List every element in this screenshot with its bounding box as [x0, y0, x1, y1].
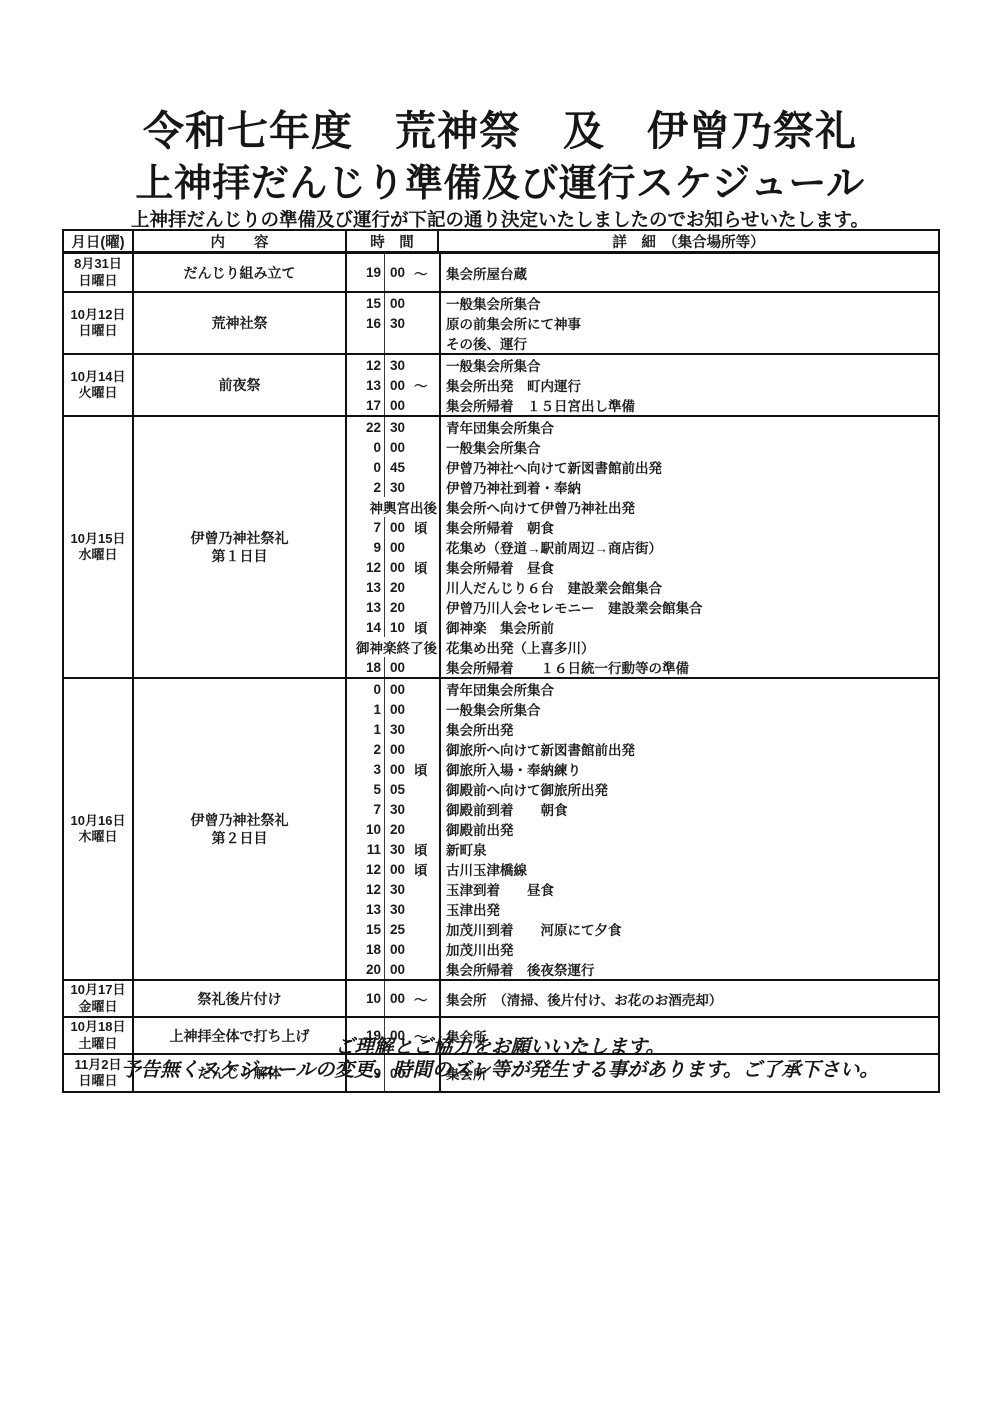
detail-cell: 一般集会所集合 — [439, 699, 938, 719]
table-header-row: 月日(曜) 内 容 時 間 詳 細 （集合場所等） — [64, 231, 938, 254]
detail-cell: 集会所出発 — [439, 719, 938, 739]
minute-value: 30 — [390, 480, 405, 495]
minute-value: 00 — [390, 862, 405, 877]
time-label-cell: 御神楽終了後 — [347, 637, 439, 657]
hour-cell: 3 — [347, 759, 385, 779]
events-cell: 1000～集会所 （清掃、後片付け、お花のお酒売却） — [347, 981, 938, 1016]
document-subtitle: 上神拝だんじり準備及び運行スケジュール — [0, 152, 1000, 207]
minute-cell: 30 — [385, 477, 439, 497]
hour-cell: 14 — [347, 617, 385, 637]
event-line: 045伊曾乃神社へ向けて新図書館前出発 — [347, 457, 938, 477]
minute-value: 00 — [390, 702, 405, 717]
detail-cell: 集会所帰着 後夜祭運行 — [439, 959, 938, 979]
minute-value: 30 — [390, 420, 405, 435]
hour-cell: 12 — [347, 355, 385, 375]
hour-cell: 10 — [347, 981, 385, 1016]
event-line: 1300～集会所出発 町内運行 — [347, 375, 938, 395]
hour-cell: 13 — [347, 375, 385, 395]
event-line: 1000～集会所 （清掃、後片付け、お花のお酒売却） — [347, 981, 938, 1016]
minute-cell: 00 — [385, 293, 439, 313]
header-detail: 詳 細 （集合場所等） — [439, 231, 938, 251]
content-line: だんじり組み立て — [184, 264, 296, 282]
hour-cell: 0 — [347, 437, 385, 457]
content-line: 祭礼後片付け — [198, 990, 282, 1008]
minute-cell: 10頃 — [385, 617, 439, 637]
event-line: 1410頃御神楽 集会所前 — [347, 617, 938, 637]
minute-value: 20 — [390, 822, 405, 837]
content-line: 第１日目 — [212, 547, 268, 565]
date-line: 火曜日 — [78, 385, 117, 402]
date-line: 10月14日 — [71, 369, 126, 386]
minute-cell: 00～ — [385, 981, 439, 1016]
hour-cell: 0 — [347, 457, 385, 477]
event-line: 130集会所出発 — [347, 719, 938, 739]
minute-cell: 00 — [385, 939, 439, 959]
table-row: 10月16日木曜日伊曾乃神社祭礼第２日目000青年団集会所集合100一般集会所集… — [64, 677, 938, 979]
date-cell: 10月14日火曜日 — [64, 355, 134, 415]
event-line: 1230玉津到着 昼食 — [347, 879, 938, 899]
detail-cell: 玉津出発 — [439, 899, 938, 919]
detail-cell: 一般集会所集合 — [439, 437, 938, 457]
minute-value: 10 — [390, 620, 405, 635]
minute-value: 20 — [390, 600, 405, 615]
hour-cell: 19 — [347, 254, 385, 291]
schedule-table: 月日(曜) 内 容 時 間 詳 細 （集合場所等） 8月31日日曜日だんじり組み… — [62, 229, 940, 1093]
minute-value: 30 — [390, 882, 405, 897]
minute-value: 00 — [390, 962, 405, 977]
event-line: 230伊曾乃神社到着・奉納 — [347, 477, 938, 497]
date-line: 日曜日 — [78, 323, 117, 340]
event-line: 1200頃古川玉津橋線 — [347, 859, 938, 879]
time-suffix: 頃 — [414, 839, 428, 859]
event-line: 300頃御旅所入場・奉納練り — [347, 759, 938, 779]
minute-value: 05 — [390, 782, 405, 797]
hour-cell: 16 — [347, 313, 385, 333]
detail-cell: 原の前集会所にて神事 — [439, 313, 938, 333]
detail-cell: 青年団集会所集合 — [439, 417, 938, 437]
minute-value: 30 — [390, 316, 405, 331]
event-line: 2230青年団集会所集合 — [347, 417, 938, 437]
content-cell: 伊曾乃神社祭礼第１日目 — [134, 417, 347, 677]
minute-value: 00 — [390, 942, 405, 957]
minute-cell: 00 — [385, 699, 439, 719]
hour-cell: 12 — [347, 879, 385, 899]
minute-value: 00 — [390, 378, 405, 393]
minute-cell: 00 — [385, 437, 439, 457]
time-suffix: ～ — [414, 263, 428, 283]
hour-cell: 7 — [347, 517, 385, 537]
content-line: 伊曾乃神社祭礼 — [191, 529, 289, 547]
minute-value: 00 — [390, 440, 405, 455]
event-line: 100一般集会所集合 — [347, 699, 938, 719]
minute-value: 30 — [390, 842, 405, 857]
time-suffix: 頃 — [414, 617, 428, 637]
hour-cell: 7 — [347, 799, 385, 819]
events-cell: 2230青年団集会所集合000一般集会所集合045伊曾乃神社へ向けて新図書館前出… — [347, 417, 938, 677]
minute-value: 00 — [390, 398, 405, 413]
detail-cell: 古川玉津橋線 — [439, 859, 938, 879]
hour-cell — [347, 333, 385, 353]
event-line: 1700集会所帰着 １５日宮出し準備 — [347, 395, 938, 415]
detail-cell: 御旅所入場・奉納練り — [439, 759, 938, 779]
detail-cell: 御旅所へ向けて新図書館前出発 — [439, 739, 938, 759]
detail-cell: 御殿前到着 朝食 — [439, 799, 938, 819]
minute-cell: 30頃 — [385, 839, 439, 859]
minute-value: 30 — [390, 902, 405, 917]
table-row: 10月15日水曜日伊曾乃神社祭礼第１日目2230青年団集会所集合000一般集会所… — [64, 415, 938, 677]
content-line: 第２日目 — [212, 829, 268, 847]
date-line: 10月12日 — [71, 307, 126, 324]
minute-cell: 00～ — [385, 254, 439, 291]
hour-cell: 13 — [347, 899, 385, 919]
minute-cell: 00 — [385, 679, 439, 699]
date-line: 10月15日 — [71, 531, 126, 548]
date-line: 水曜日 — [78, 547, 117, 564]
hour-cell: 1 — [347, 699, 385, 719]
minute-cell: 00 — [385, 395, 439, 415]
minute-cell: 20 — [385, 577, 439, 597]
event-line: 730御殿前到着 朝食 — [347, 799, 938, 819]
events-cell: 1500一般集会所集合1630原の前集会所にて神事その後、運行 — [347, 293, 938, 353]
detail-cell: 伊曾乃神社へ向けて新図書館前出発 — [439, 457, 938, 477]
event-line: 200御旅所へ向けて新図書館前出発 — [347, 739, 938, 759]
time-suffix: ～ — [414, 989, 428, 1009]
hour-cell: 12 — [347, 557, 385, 577]
hour-cell: 18 — [347, 939, 385, 959]
date-line: 金曜日 — [78, 999, 117, 1016]
event-line: 1020御殿前出発 — [347, 819, 938, 839]
detail-cell: 集会所 （清掃、後片付け、お花のお酒売却） — [439, 981, 938, 1016]
minute-value: 20 — [390, 580, 405, 595]
date-line: 10月16日 — [71, 813, 126, 830]
minute-cell: 30 — [385, 899, 439, 919]
event-line: 700頃集会所帰着 朝食 — [347, 517, 938, 537]
detail-cell: 玉津到着 昼食 — [439, 879, 938, 899]
date-line: 10月17日 — [71, 982, 126, 999]
minute-value: 00 — [390, 660, 405, 675]
detail-cell: 伊曾乃神社到着・奉納 — [439, 477, 938, 497]
minute-value: 00 — [390, 742, 405, 757]
footer-disclaimer: 予告無くスケジュールの変更、時間のズレ等が発生する事があります。ご了承下さい。 — [0, 1054, 1000, 1082]
detail-cell: 御神楽 集会所前 — [439, 617, 938, 637]
detail-cell: 花集め（登道→駅前周辺→商店街） — [439, 537, 938, 557]
hour-cell: 15 — [347, 293, 385, 313]
minute-cell: 30 — [385, 417, 439, 437]
minute-cell: 05 — [385, 779, 439, 799]
minute-cell: 00頃 — [385, 557, 439, 577]
hour-cell: 17 — [347, 395, 385, 415]
table-row: 10月12日日曜日荒神社祭1500一般集会所集合1630原の前集会所にて神事その… — [64, 291, 938, 353]
minute-cell: 00 — [385, 959, 439, 979]
date-cell: 10月12日日曜日 — [64, 293, 134, 353]
date-cell: 10月16日木曜日 — [64, 679, 134, 979]
minute-cell: 45 — [385, 457, 439, 477]
event-line: 000一般集会所集合 — [347, 437, 938, 457]
event-line: 1500一般集会所集合 — [347, 293, 938, 313]
date-cell: 8月31日日曜日 — [64, 254, 134, 291]
header-time: 時 間 — [347, 231, 439, 251]
minute-cell: 00～ — [385, 375, 439, 395]
date-line: 木曜日 — [78, 829, 117, 846]
event-line: 000青年団集会所集合 — [347, 679, 938, 699]
time-suffix: 頃 — [414, 759, 428, 779]
content-cell: 前夜祭 — [134, 355, 347, 415]
events-cell: 1230一般集会所集合1300～集会所出発 町内運行1700集会所帰着 １５日宮… — [347, 355, 938, 415]
minute-cell: 30 — [385, 719, 439, 739]
content-cell: だんじり組み立て — [134, 254, 347, 291]
detail-cell: 御殿前出発 — [439, 819, 938, 839]
hour-cell: 11 — [347, 839, 385, 859]
detail-cell: 一般集会所集合 — [439, 293, 938, 313]
minute-cell: 00 — [385, 739, 439, 759]
event-line: 1320川人だんじり６台 建設業会館集合 — [347, 577, 938, 597]
hour-cell: 5 — [347, 779, 385, 799]
minute-cell — [385, 333, 439, 353]
event-line: 1900～集会所屋台蔵 — [347, 254, 938, 291]
hour-cell: 0 — [347, 679, 385, 699]
event-line: 1320伊曾乃川人会セレモニー 建設業会館集合 — [347, 597, 938, 617]
content-line: 荒神社祭 — [212, 314, 268, 332]
event-line: 1130頃新町泉 — [347, 839, 938, 859]
hour-cell: 12 — [347, 859, 385, 879]
event-line: 1525加茂川到着 河原にて夕食 — [347, 919, 938, 939]
detail-cell: 集会所帰着 朝食 — [439, 517, 938, 537]
hour-cell: 22 — [347, 417, 385, 437]
minute-cell: 00頃 — [385, 759, 439, 779]
hour-cell: 18 — [347, 657, 385, 677]
minute-cell: 00 — [385, 537, 439, 557]
detail-cell: 御殿前へ向けて御旅所出発 — [439, 779, 938, 799]
detail-cell: 青年団集会所集合 — [439, 679, 938, 699]
minute-cell: 30 — [385, 313, 439, 333]
minute-value: 00 — [390, 762, 405, 777]
event-line: 900花集め（登道→駅前周辺→商店街） — [347, 537, 938, 557]
table-body: 8月31日日曜日だんじり組み立て1900～集会所屋台蔵10月12日日曜日荒神社祭… — [64, 254, 938, 1091]
minute-cell: 30 — [385, 799, 439, 819]
events-cell: 000青年団集会所集合100一般集会所集合130集会所出発200御旅所へ向けて新… — [347, 679, 938, 979]
event-line: 505御殿前へ向けて御旅所出発 — [347, 779, 938, 799]
minute-value: 30 — [390, 802, 405, 817]
header-content: 内 容 — [134, 231, 347, 251]
event-line: 1800加茂川出発 — [347, 939, 938, 959]
detail-cell: 新町泉 — [439, 839, 938, 859]
detail-cell: 一般集会所集合 — [439, 355, 938, 375]
table-row: 10月14日火曜日前夜祭1230一般集会所集合1300～集会所出発 町内運行17… — [64, 353, 938, 415]
hour-cell: 2 — [347, 477, 385, 497]
time-label-cell: 神輿宮出後 — [347, 497, 439, 517]
time-suffix: 頃 — [414, 517, 428, 537]
hour-cell: 15 — [347, 919, 385, 939]
hour-cell: 9 — [347, 537, 385, 557]
table-row: 10月17日金曜日祭礼後片付け1000～集会所 （清掃、後片付け、お花のお酒売却… — [64, 979, 938, 1016]
content-cell: 伊曾乃神社祭礼第２日目 — [134, 679, 347, 979]
hour-cell: 1 — [347, 719, 385, 739]
event-line: 御神楽終了後花集め出発（上喜多川） — [347, 637, 938, 657]
minute-value: 25 — [390, 922, 405, 937]
time-suffix: ～ — [414, 375, 428, 395]
minute-value: 00 — [390, 560, 405, 575]
table-row: 8月31日日曜日だんじり組み立て1900～集会所屋台蔵 — [64, 254, 938, 291]
header-date: 月日(曜) — [64, 231, 134, 251]
minute-value: 00 — [390, 682, 405, 697]
event-line: その後、運行 — [347, 333, 938, 353]
content-line: 前夜祭 — [219, 376, 261, 394]
hour-cell: 2 — [347, 739, 385, 759]
document-title: 令和七年度 荒神祭 及 伊曾乃祭礼 — [0, 98, 1000, 157]
minute-value: 00 — [390, 991, 405, 1006]
content-cell: 祭礼後片付け — [134, 981, 347, 1016]
hour-cell: 13 — [347, 597, 385, 617]
detail-cell: 川人だんじり６台 建設業会館集合 — [439, 577, 938, 597]
minute-cell: 00頃 — [385, 517, 439, 537]
content-cell: 荒神社祭 — [134, 293, 347, 353]
content-line: 伊曾乃神社祭礼 — [191, 811, 289, 829]
event-line: 1630原の前集会所にて神事 — [347, 313, 938, 333]
detail-cell: 集会所へ向けて伊曾乃神社出発 — [439, 497, 938, 517]
minute-value: 45 — [390, 460, 405, 475]
detail-cell: 集会所屋台蔵 — [439, 254, 938, 291]
detail-cell: 集会所帰着 １６日統一行動等の準備 — [439, 657, 938, 677]
detail-cell: 伊曾乃川人会セレモニー 建設業会館集合 — [439, 597, 938, 617]
detail-cell: 集会所帰着 昼食 — [439, 557, 938, 577]
minute-value: 00 — [390, 520, 405, 535]
detail-cell: 集会所帰着 １５日宮出し準備 — [439, 395, 938, 415]
detail-cell: 加茂川出発 — [439, 939, 938, 959]
event-line: 1800集会所帰着 １６日統一行動等の準備 — [347, 657, 938, 677]
event-line: 1330玉津出発 — [347, 899, 938, 919]
minute-cell: 30 — [385, 355, 439, 375]
time-suffix: 頃 — [414, 557, 428, 577]
minute-cell: 25 — [385, 919, 439, 939]
minute-value: 00 — [390, 296, 405, 311]
hour-cell: 20 — [347, 959, 385, 979]
minute-cell: 20 — [385, 597, 439, 617]
event-line: 1200頃集会所帰着 昼食 — [347, 557, 938, 577]
minute-value: 00 — [390, 265, 405, 280]
minute-value: 30 — [390, 722, 405, 737]
detail-cell: 加茂川到着 河原にて夕食 — [439, 919, 938, 939]
hour-cell: 10 — [347, 819, 385, 839]
hour-cell: 13 — [347, 577, 385, 597]
date-line: 日曜日 — [78, 273, 117, 290]
minute-cell: 00 — [385, 657, 439, 677]
date-cell: 10月17日金曜日 — [64, 981, 134, 1016]
time-suffix: 頃 — [414, 859, 428, 879]
date-cell: 10月15日水曜日 — [64, 417, 134, 677]
minute-value: 00 — [390, 540, 405, 555]
event-line: 2000集会所帰着 後夜祭運行 — [347, 959, 938, 979]
minute-cell: 30 — [385, 879, 439, 899]
event-line: 神輿宮出後集会所へ向けて伊曾乃神社出発 — [347, 497, 938, 517]
detail-cell: 花集め出発（上喜多川） — [439, 637, 938, 657]
events-cell: 1900～集会所屋台蔵 — [347, 254, 938, 291]
date-line: 8月31日 — [74, 256, 122, 273]
minute-value: 30 — [390, 358, 405, 373]
minute-cell: 00頃 — [385, 859, 439, 879]
scanned-document: 令和七年度 荒神祭 及 伊曾乃祭礼 上神拝だんじり準備及び運行スケジュール 上神… — [0, 0, 1000, 1418]
detail-cell: その後、運行 — [439, 333, 938, 353]
minute-cell: 20 — [385, 819, 439, 839]
event-line: 1230一般集会所集合 — [347, 355, 938, 375]
detail-cell: 集会所出発 町内運行 — [439, 375, 938, 395]
